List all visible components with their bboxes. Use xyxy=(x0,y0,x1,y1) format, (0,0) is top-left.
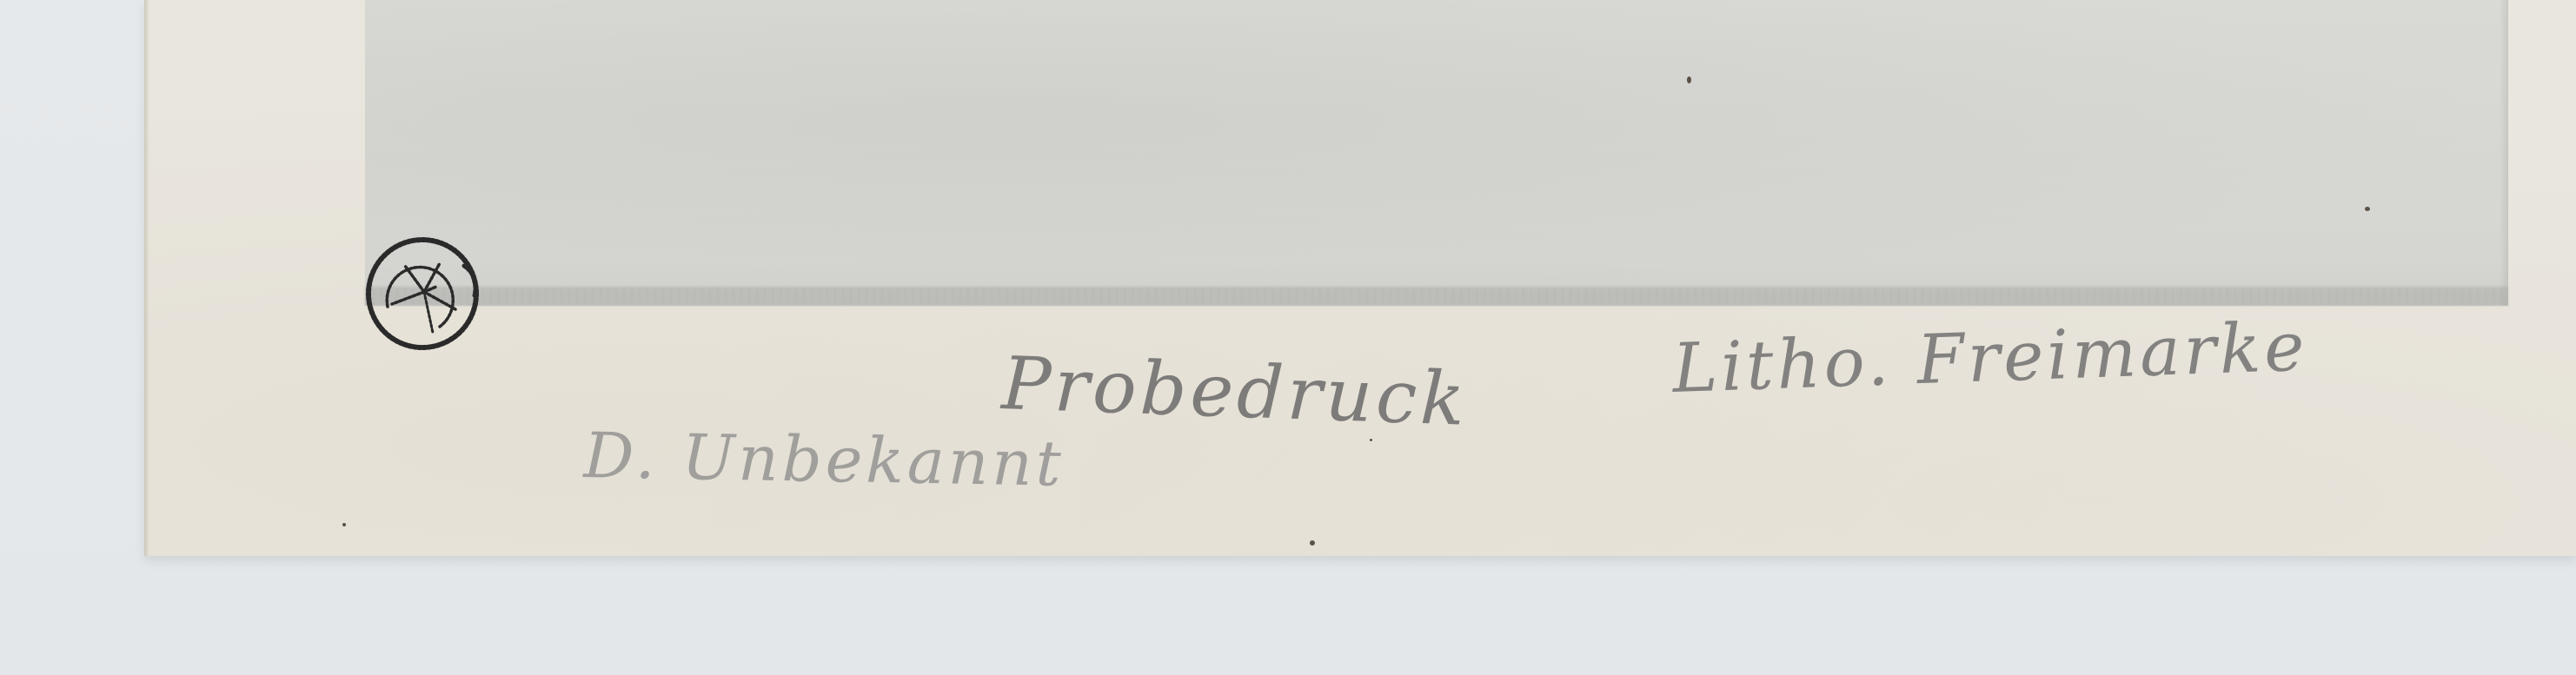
paper-speck xyxy=(1310,540,1315,546)
print-plate-right-edge xyxy=(2500,0,2508,306)
printed-image-area xyxy=(365,0,2508,306)
paper-speck xyxy=(1370,439,1372,441)
paper-speck xyxy=(342,523,346,526)
pencil-inscription-litho: Litho. Freimarke xyxy=(1671,308,2309,408)
paper-edge xyxy=(144,0,149,556)
paper-speck xyxy=(1687,76,1691,83)
collector-stamp-icon xyxy=(353,224,501,354)
paper-speck xyxy=(2365,207,2370,211)
print-plate-bottom-edge xyxy=(365,287,2508,306)
pencil-signature: D. Unbekannt xyxy=(583,419,1065,500)
pencil-inscription-proof: Probedruck xyxy=(1000,341,1470,442)
paper-sheet: Probedruck Litho. Freimarke D. Unbekannt xyxy=(144,0,2576,556)
